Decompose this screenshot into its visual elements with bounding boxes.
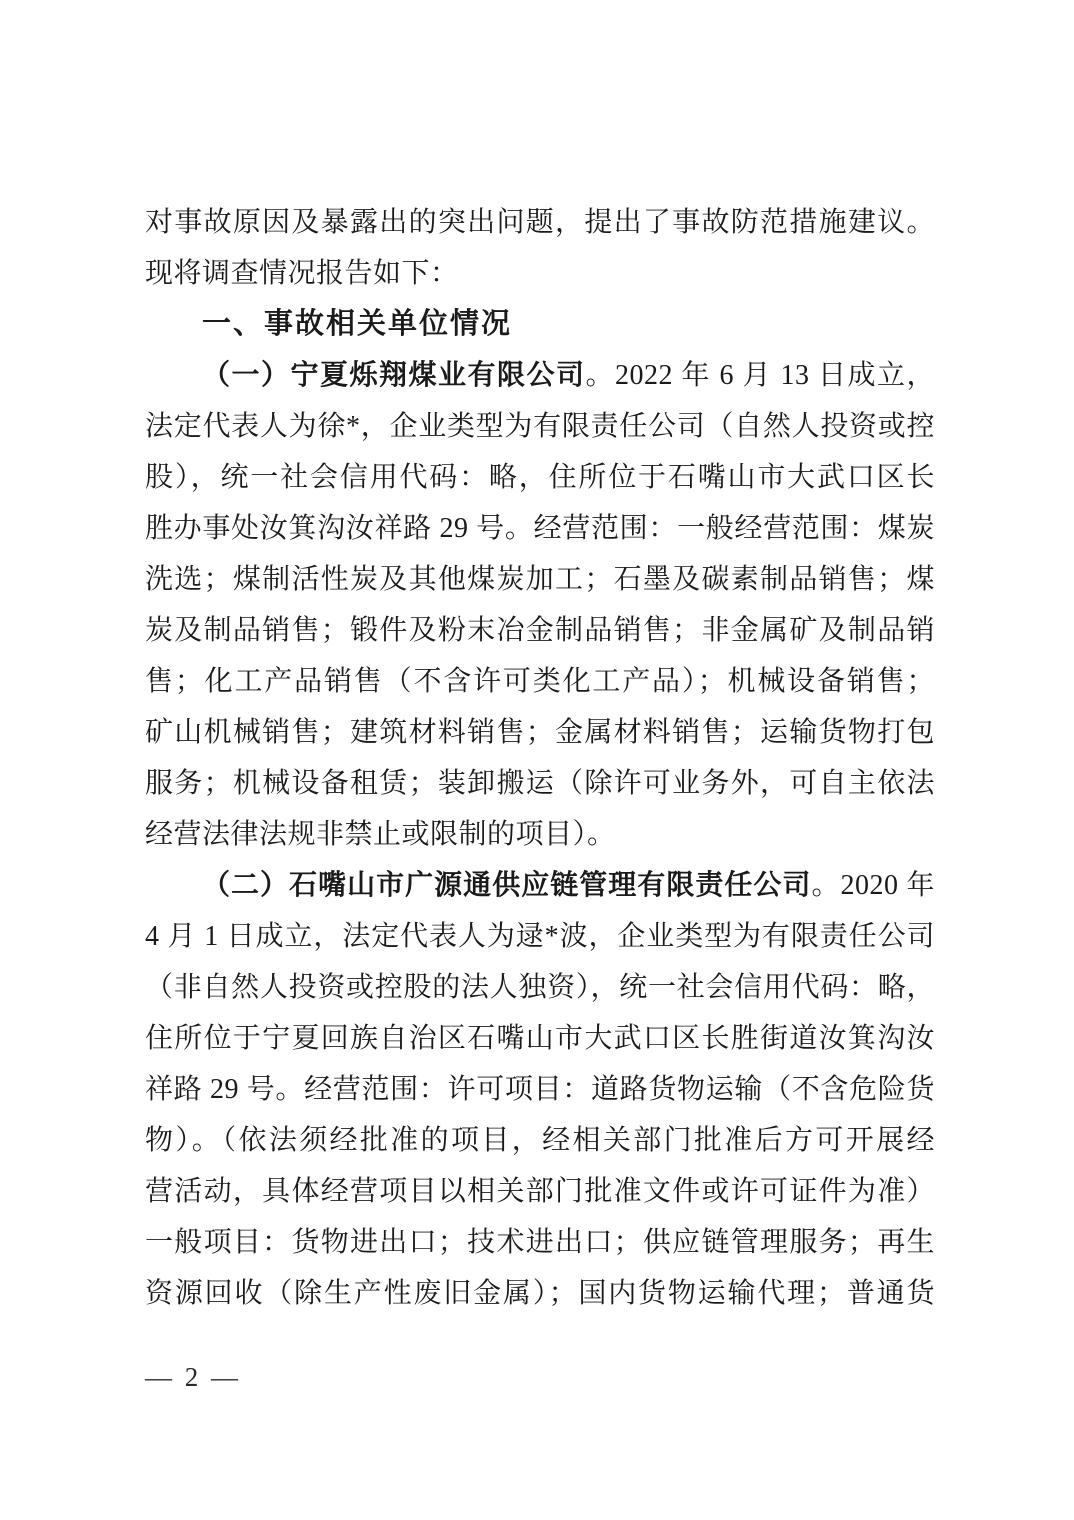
- body-line: 营活动，具体经营项目以相关部门批准文件或许可证件为准）: [145, 1166, 935, 1217]
- subsection-2-title-line: （二）石嘴山市广源通供应链管理有限责任公司。2020 年: [145, 860, 935, 911]
- body-line: 法定代表人为徐*，企业类型为有限责任公司（自然人投资或控: [145, 401, 935, 452]
- body-line: 经营法律法规非禁止或限制的项目）。: [145, 809, 935, 860]
- body-line: 洗选；煤制活性炭及其他煤炭加工；石墨及碳素制品销售；煤: [145, 554, 935, 605]
- document-page: 对事故原因及暴露出的突出问题，提出了事故防范措施建议。 现将调查情况报告如下： …: [0, 0, 1074, 1520]
- body-line: 炭及制品销售；锻件及粉末冶金制品销售；非金属矿及制品销: [145, 605, 935, 656]
- page-number-footer: — 2 —: [145, 1352, 241, 1403]
- body-line: 住所位于宁夏回族自治区石嘴山市大武口区长胜街道汝箕沟汝: [145, 1013, 935, 1064]
- continuation-paragraph-line: 对事故原因及暴露出的突出问题，提出了事故防范措施建议。: [145, 197, 935, 248]
- body-line: 一般项目：货物进出口；技术进出口；供应链管理服务；再生: [145, 1217, 935, 1268]
- continuation-paragraph-line: 现将调查情况报告如下：: [145, 248, 935, 299]
- body-line: 胜办事处汝箕沟汝祥路 29 号。经营范围：一般经营范围：煤炭: [145, 503, 935, 554]
- body-line: 资源回收（除生产性废旧金属）；国内货物运输代理；普通货: [145, 1268, 935, 1319]
- subsection-2-title: （二）石嘴山市广源通供应链管理有限责任公司: [202, 870, 811, 901]
- subsection-1-title-line: （一）宁夏烁翔煤业有限公司。2022 年 6 月 13 日成立，: [145, 350, 935, 401]
- body-line: 售；化工产品销售（不含许可类化工产品）；机械设备销售；: [145, 656, 935, 707]
- subsection-2-title-suffix: 。2020 年: [811, 870, 935, 901]
- body-line: 物）。（依法须经批准的项目，经相关部门批准后方可开展经: [145, 1115, 935, 1166]
- document-body: 对事故原因及暴露出的突出问题，提出了事故防范措施建议。 现将调查情况报告如下： …: [145, 197, 935, 1319]
- body-line: 股），统一社会信用代码：略，住所位于石嘴山市大武口区长: [145, 452, 935, 503]
- body-line: 祥路 29 号。经营范围：许可项目：道路货物运输（不含危险货: [145, 1064, 935, 1115]
- body-line: 矿山机械销售；建筑材料销售；金属材料销售；运输货物打包: [145, 707, 935, 758]
- subsection-1-title: （一）宁夏烁翔煤业有限公司: [202, 360, 586, 391]
- subsection-1-title-suffix: 。2022 年 6 月 13 日成立，: [586, 360, 936, 391]
- body-line: （非自然人投资或控股的法人独资），统一社会信用代码：略，: [145, 962, 935, 1013]
- body-line: 服务；机械设备租赁；装卸搬运（除许可业务外，可自主依法: [145, 758, 935, 809]
- body-line: 4 月 1 日成立，法定代表人为逯*波，企业类型为有限责任公司: [145, 911, 935, 962]
- section-heading: 一、事故相关单位情况: [145, 299, 935, 350]
